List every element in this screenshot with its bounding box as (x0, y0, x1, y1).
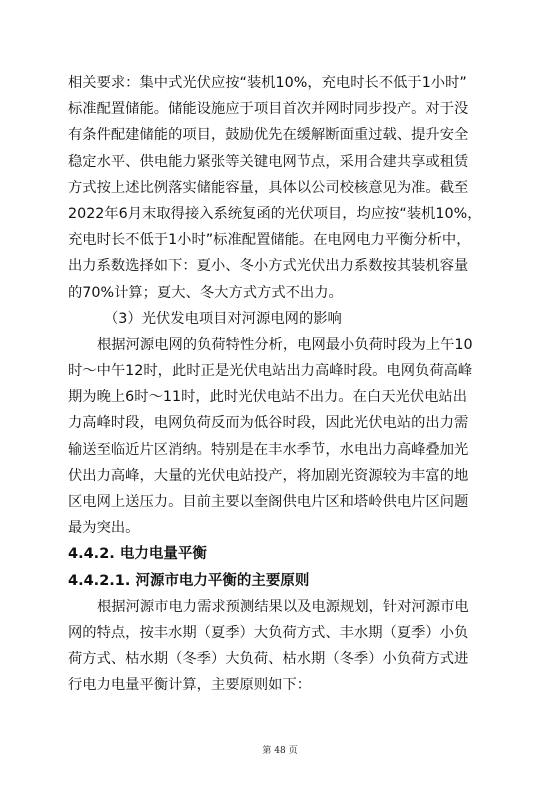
section-heading-4-4-2-1: 4.4.2.1. 河源市电力平衡的主要原则 (68, 568, 494, 594)
text-line: 有条件配建储能的项目，鼓励优先在缓解断面重过载、提升安全 (68, 122, 494, 148)
section-heading-4-4-2: 4.4.2. 电力电量平衡 (68, 541, 494, 567)
text-line: 根据河源市电力需求预测结果以及电源规划，针对河源市电 (68, 594, 494, 620)
text-line: 期为晚上6时～11时，此时光伏电站不出力。在白天光伏电站出 (68, 384, 494, 410)
text-line: 行电力电量平衡计算，主要原则如下： (68, 672, 494, 698)
text-line: 区电网上送压力。目前主要以奎阁供电片区和塔岭供电片区问题 (68, 489, 494, 515)
page-number: 第 48 页 (0, 743, 560, 756)
text-line: 相关要求：集中式光伏应按“装机10%，充电时长不低于1小时” (68, 70, 494, 96)
paragraph-principles: 根据河源市电力需求预测结果以及电源规划，针对河源市电 网的特点，按丰水期（夏季）… (68, 594, 494, 699)
text-line: 荷方式、枯水期（冬季）大负荷、枯水期（冬季）小负荷方式进 (68, 646, 494, 672)
text-line: 方式按上述比例落实储能容量，具体以公司校核意见为准。截至 (68, 175, 494, 201)
text-line: 出力系数选择如下：夏小、冬小方式光伏出力系数按其装机容量 (68, 253, 494, 279)
text-line: 标准配置储能。储能设施应于项目首次并网时同步投产。对于没 (68, 96, 494, 122)
text-line: 根据河源电网的负荷特性分析，电网最小负荷时段为上午10 (68, 332, 494, 358)
text-line: 稳定水平、供电能力紧张等关键电网节点，采用合建共享或租赁 (68, 149, 494, 175)
text-line: 力高峰时段，电网负荷反而为低谷时段，因此光伏电站的出力需 (68, 410, 494, 436)
text-line: 输送至临近片区消纳。特别是在丰水季节，水电出力高峰叠加光 (68, 437, 494, 463)
text-line: 伏出力高峰，大量的光伏电站投产，将加剧光资源较为丰富的地 (68, 463, 494, 489)
text-line: 时～中午12时，此时正是光伏电站出力高峰时段。电网负荷高峰 (68, 358, 494, 384)
paragraph-requirements: 相关要求：集中式光伏应按“装机10%，充电时长不低于1小时” 标准配置储能。储能… (68, 70, 494, 306)
text-line: 充电时长不低于1小时”标准配置储能。在电网电力平衡分析中， (68, 227, 494, 253)
text-line: 2022年6月末取得接入系统复函的光伏项目，均应按“装机10%， (68, 201, 494, 227)
subsection-title: （3）光伏发电项目对河源电网的影响 (68, 306, 494, 332)
text-line: 的70%计算；夏大、冬大方式方式不出力。 (68, 280, 494, 306)
text-line: 最为突出。 (68, 515, 494, 541)
document-page: 相关要求：集中式光伏应按“装机10%，充电时长不低于1小时” 标准配置储能。储能… (68, 70, 494, 699)
paragraph-impact: 根据河源电网的负荷特性分析，电网最小负荷时段为上午10 时～中午12时，此时正是… (68, 332, 494, 542)
text-line: 网的特点，按丰水期（夏季）大负荷方式、丰水期（夏季）小负 (68, 620, 494, 646)
